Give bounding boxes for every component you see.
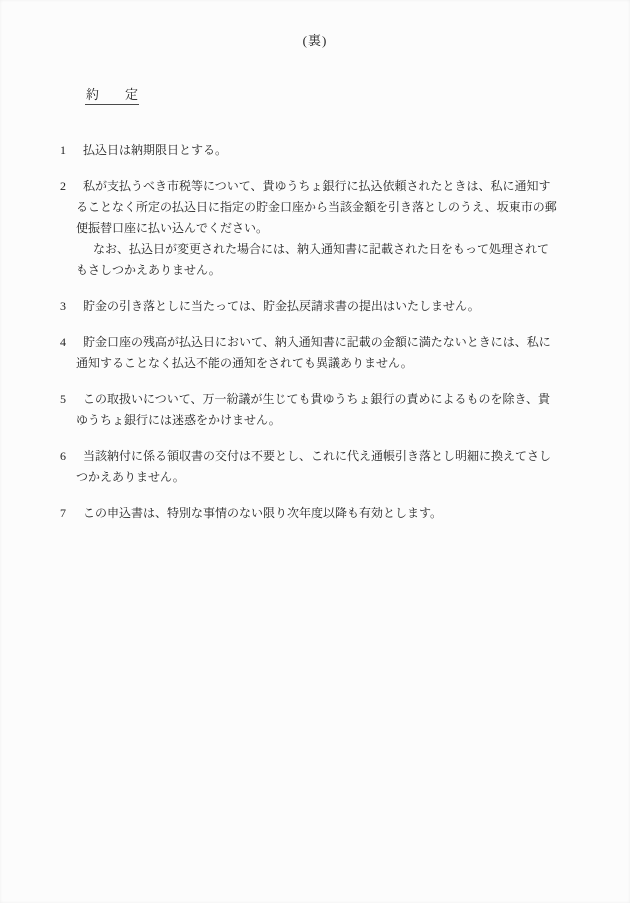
term-line: ることなく所定の払込日に指定の貯金口座から当該金額を引き落としのうえ、坂東市の郵	[76, 197, 630, 218]
term-item-3: 3 貯金の引き落としに当たっては、貯金払戻請求書の提出はいたしません。	[0, 296, 630, 317]
term-text: この取扱いについて、万一紛議が生じても貴ゆうちょ銀行の責めによるものを除き、貴 …	[76, 389, 630, 431]
term-line: 通知することなく払込不能の通知をされても異議ありません。	[76, 353, 630, 374]
term-line: 払込日は納期限日とする。	[76, 140, 630, 161]
document-page: (裏) 約 定 1 払込日は納期限日とする。 2 私が支払うべき市税等について、…	[0, 0, 630, 903]
terms-title: 約 定	[85, 87, 139, 105]
term-number: 1	[60, 140, 76, 161]
term-number: 7	[60, 503, 76, 524]
term-item-6: 6 当該納付に係る領収書の交付は不要とし、これに代え通帳引き落とし明細に換えてさ…	[0, 446, 630, 488]
term-item-5: 5 この取扱いについて、万一紛議が生じても貴ゆうちょ銀行の責めによるものを除き、…	[0, 389, 630, 431]
term-item-4: 4 貯金口座の残高が払込日において、納入通知書に記載の金額に満たないときには、私…	[0, 332, 630, 374]
term-text: 貯金の引き落としに当たっては、貯金払戻請求書の提出はいたしません。	[76, 296, 630, 317]
term-item-1: 1 払込日は納期限日とする。	[0, 140, 630, 161]
term-note-line: なお、払込日が変更された場合には、納入通知書に記載された日をもって処理されて	[76, 239, 630, 260]
term-number: 3	[60, 296, 76, 317]
term-line: 便振替口座に払い込んでください。	[76, 218, 630, 239]
term-number: 4	[60, 332, 76, 353]
term-line: つかえありません。	[76, 467, 630, 488]
term-note-line: もさしつかえありません。	[76, 260, 630, 281]
term-number: 2	[60, 176, 76, 197]
term-text: 貯金口座の残高が払込日において、納入通知書に記載の金額に満たないときには、私に …	[76, 332, 630, 374]
term-line: 当該納付に係る領収書の交付は不要とし、これに代え通帳引き落とし明細に換えてさし	[76, 446, 630, 467]
term-line: 私が支払うべき市税等について、貴ゆうちょ銀行に払込依頼されたときは、私に通知す	[76, 176, 630, 197]
term-line: 貯金口座の残高が払込日において、納入通知書に記載の金額に満たないときには、私に	[76, 332, 630, 353]
term-line: ゆうちょ銀行には迷惑をかけません。	[76, 410, 630, 431]
term-text: 私が支払うべき市税等について、貴ゆうちょ銀行に払込依頼されたときは、私に通知す …	[76, 176, 630, 281]
term-item-7: 7 この申込書は、特別な事情のない限り次年度以降も有効とします。	[0, 503, 630, 524]
term-number: 5	[60, 389, 76, 410]
term-number: 6	[60, 446, 76, 467]
term-line: この申込書は、特別な事情のない限り次年度以降も有効とします。	[76, 503, 630, 524]
terms-list: 1 払込日は納期限日とする。 2 私が支払うべき市税等について、貴ゆうちょ銀行に…	[0, 140, 630, 539]
back-side-label: (裏)	[0, 30, 630, 49]
term-text: この申込書は、特別な事情のない限り次年度以降も有効とします。	[76, 503, 630, 524]
term-text: 払込日は納期限日とする。	[76, 140, 630, 161]
term-item-2: 2 私が支払うべき市税等について、貴ゆうちょ銀行に払込依頼されたときは、私に通知…	[0, 176, 630, 281]
term-text: 当該納付に係る領収書の交付は不要とし、これに代え通帳引き落とし明細に換えてさし …	[76, 446, 630, 488]
term-line: 貯金の引き落としに当たっては、貯金払戻請求書の提出はいたしません。	[76, 296, 630, 317]
term-line: この取扱いについて、万一紛議が生じても貴ゆうちょ銀行の責めによるものを除き、貴	[76, 389, 630, 410]
